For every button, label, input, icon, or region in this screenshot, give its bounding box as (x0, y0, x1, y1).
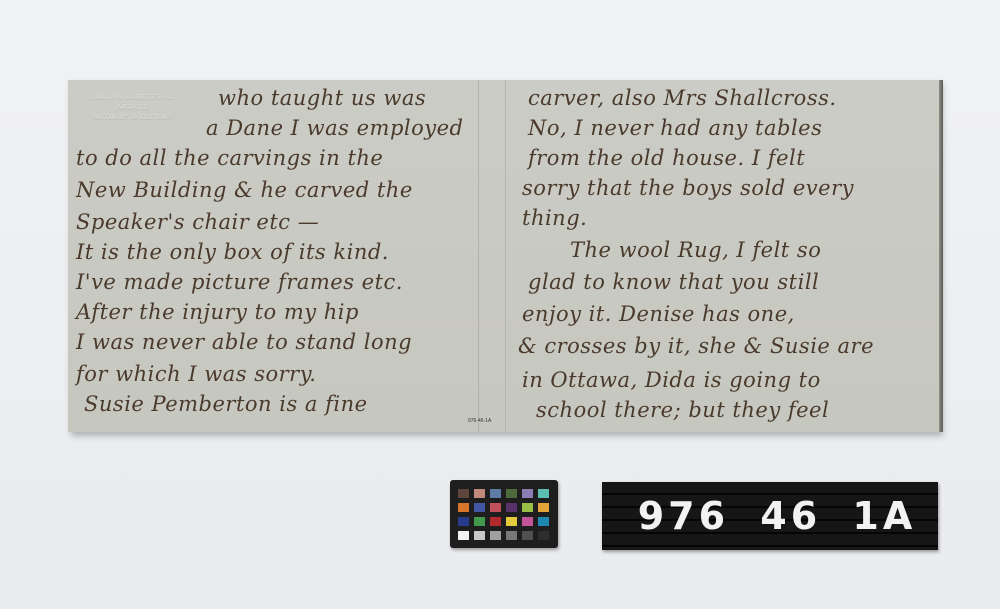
color-swatch (474, 503, 485, 512)
handwritten-line: After the injury to my hip (76, 300, 359, 324)
handwritten-line: thing. (522, 206, 587, 230)
handwritten-line: & crosses by it, she & Susie are (518, 334, 874, 358)
letterhead-line: CHILD & ROBERTS CO. (68, 92, 198, 102)
handwritten-line: Susie Pemberton is a fine (84, 392, 368, 416)
color-swatch (522, 503, 533, 512)
color-swatch (538, 517, 549, 526)
color-swatch (522, 531, 533, 540)
catalog-number-note: 976-46-1A (468, 418, 491, 424)
handwritten-line: New Building & he carved the (76, 178, 413, 202)
color-swatch (538, 503, 549, 512)
accession-number-board: 976 46 1A (602, 482, 938, 550)
scan-background: CHILD & ROBERTS CO. ARTICLE AUTHORS & ED… (0, 0, 1000, 609)
handwritten-line: from the old house. I felt (528, 146, 805, 170)
color-swatch (474, 517, 485, 526)
accession-number: 976 46 1A (602, 482, 938, 550)
handwritten-line: The wool Rug, I felt so (570, 238, 821, 262)
handwritten-line: who taught us was (218, 86, 426, 110)
color-swatch (490, 489, 501, 498)
color-swatch (522, 517, 533, 526)
color-swatch (474, 531, 485, 540)
color-calibration-chart (450, 480, 558, 548)
right-page: carver, also Mrs Shallcross. No, I never… (505, 80, 941, 432)
handwritten-line: I've made picture frames etc. (76, 270, 403, 294)
fold-crease (478, 80, 479, 432)
letterhead-line: AUTHORS & EDITORS (68, 112, 198, 122)
color-swatch (490, 531, 501, 540)
handwritten-line: school there; but they feel (536, 398, 829, 422)
handwritten-line: It is the only box of its kind. (76, 240, 389, 264)
letterhead-line: ARTICLE (68, 102, 198, 112)
color-swatch (538, 531, 549, 540)
color-swatch (490, 503, 501, 512)
color-swatch (506, 531, 517, 540)
color-swatch (506, 517, 517, 526)
embossed-letterhead: CHILD & ROBERTS CO. ARTICLE AUTHORS & ED… (68, 92, 198, 122)
letter-sheet: CHILD & ROBERTS CO. ARTICLE AUTHORS & ED… (68, 80, 940, 432)
handwritten-line: a Dane I was employed (206, 116, 463, 140)
handwritten-line: Speaker's chair etc — (76, 210, 319, 234)
handwritten-line: to do all the carvings in the (76, 146, 383, 170)
color-swatch (506, 503, 517, 512)
handwritten-line: carver, also Mrs Shallcross. (528, 86, 837, 110)
handwritten-line: glad to know that you still (528, 270, 819, 294)
handwritten-line: enjoy it. Denise has one, (522, 302, 795, 326)
color-swatch (522, 489, 533, 498)
left-page: CHILD & ROBERTS CO. ARTICLE AUTHORS & ED… (68, 80, 505, 432)
handwritten-line: sorry that the boys sold every (522, 176, 854, 200)
color-swatch (458, 531, 469, 540)
handwritten-line: for which I was sorry. (76, 362, 316, 386)
handwritten-line: I was never able to stand long (76, 330, 412, 354)
color-swatch (506, 489, 517, 498)
handwritten-line: in Ottawa, Dida is going to (522, 368, 821, 392)
color-swatch (458, 489, 469, 498)
handwritten-line: No, I never had any tables (528, 116, 822, 140)
color-swatch (538, 489, 549, 498)
color-swatch (458, 503, 469, 512)
color-swatch (458, 517, 469, 526)
color-swatch (490, 517, 501, 526)
color-swatch (474, 489, 485, 498)
